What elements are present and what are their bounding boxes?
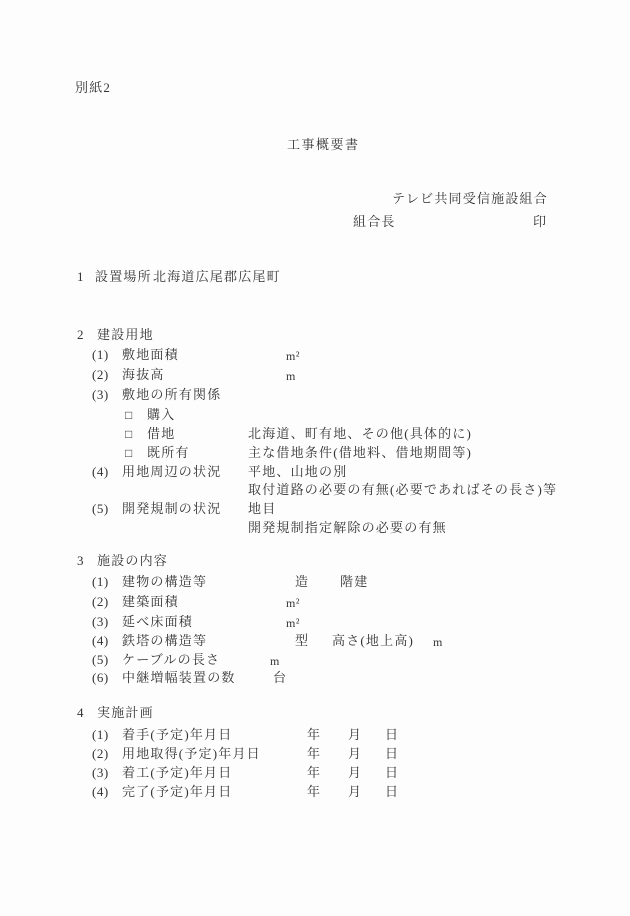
item-note: 開発規制指定解除の必要の有無 [248, 520, 447, 536]
checkbox-note: 北海道、町有地、その他(具体的に) [248, 426, 472, 442]
item-label: 敷地の所有関係 [122, 387, 221, 403]
section2-title: 建設用地 [97, 327, 154, 343]
seal-label: 印 [533, 214, 547, 230]
item-label: 着工(予定)年月日 [122, 765, 232, 781]
item-label: 鉄塔の構造等 [122, 633, 207, 649]
day-label: 日 [385, 746, 399, 762]
item-note: 取付道路の必要の有無(必要であればその長さ)等 [248, 482, 557, 498]
item-note: 地目 [248, 501, 276, 517]
document-title: 工事概要書 [287, 137, 360, 153]
item-unit: 型 [295, 633, 309, 649]
year-label: 年 [307, 784, 321, 800]
day-label: 日 [385, 765, 399, 781]
item-label: 用地周辺の状況 [122, 464, 221, 480]
checkbox-note: 主な借地条件(借地料、借地期間等) [248, 445, 472, 461]
item-unit: m² [286, 615, 300, 631]
section3-title: 施設の内容 [97, 553, 168, 569]
item-label: 海抜高 [122, 367, 165, 383]
item-number: (3) [92, 765, 109, 781]
item-unit: 高さ(地上高) [332, 633, 414, 649]
section4-title: 実施計画 [97, 705, 154, 721]
attachment-label: 別紙2 [75, 80, 111, 96]
year-label: 年 [307, 727, 321, 743]
item-number: (2) [92, 367, 109, 383]
month-label: 月 [348, 784, 362, 800]
item-unit: m [286, 368, 296, 384]
item-label: 着手(予定)年月日 [122, 727, 232, 743]
month-label: 月 [348, 746, 362, 762]
item-label: 建物の構造等 [122, 574, 207, 590]
section1-number: 1 [77, 269, 84, 285]
item-label: 敷地面積 [122, 347, 179, 363]
item-note: 平地、山地の別 [248, 464, 347, 480]
section3-number: 3 [77, 553, 84, 569]
item-number: (4) [92, 784, 109, 800]
item-number: (6) [92, 670, 109, 686]
checkbox-icon: □ [125, 445, 132, 461]
checkbox-icon: □ [125, 426, 132, 442]
section1-value: 北海道広尾郡広尾町 [153, 269, 281, 285]
item-unit: 台 [273, 670, 287, 686]
section4-number: 4 [77, 705, 84, 721]
item-label: 建築面積 [122, 594, 179, 610]
item-number: (3) [92, 387, 109, 403]
item-number: (2) [92, 746, 109, 762]
item-unit: m² [286, 595, 300, 611]
item-number: (1) [92, 574, 109, 590]
item-unit: 造 [295, 574, 309, 590]
item-label: 延べ床面積 [122, 614, 193, 630]
item-number: (3) [92, 614, 109, 630]
item-number: (1) [92, 347, 109, 363]
section1-title: 設置場所 [95, 269, 152, 285]
representative-label: 組合長 [353, 214, 396, 230]
item-number: (4) [92, 633, 109, 649]
item-unit: m [433, 634, 443, 650]
item-unit: m [270, 653, 280, 669]
day-label: 日 [385, 727, 399, 743]
month-label: 月 [348, 727, 362, 743]
item-label: 完了(予定)年月日 [122, 784, 232, 800]
day-label: 日 [385, 784, 399, 800]
section2-number: 2 [77, 327, 84, 343]
item-label: 用地取得(予定)年月日 [122, 746, 261, 762]
organization-name: テレビ共同受信施設組合 [392, 191, 548, 207]
checkbox-label: 既所有 [147, 445, 190, 461]
checkbox-label: 購入 [147, 407, 175, 423]
item-label: 中継増幅装置の数 [122, 670, 236, 686]
item-unit: m² [286, 348, 300, 364]
item-number: (5) [92, 501, 109, 517]
item-unit: 階建 [340, 574, 368, 590]
checkbox-label: 借地 [147, 426, 175, 442]
document-page: 別紙2 工事概要書 テレビ共同受信施設組合 組合長 印 1 設置場所 北海道広尾… [0, 0, 630, 916]
item-number: (5) [92, 652, 109, 668]
checkbox-icon: □ [125, 407, 132, 423]
item-label: 開発規制の状況 [122, 501, 221, 517]
item-number: (2) [92, 594, 109, 610]
year-label: 年 [307, 746, 321, 762]
item-number: (4) [92, 464, 109, 480]
item-number: (1) [92, 727, 109, 743]
item-label: ケーブルの長さ [122, 652, 220, 668]
year-label: 年 [307, 765, 321, 781]
month-label: 月 [348, 765, 362, 781]
